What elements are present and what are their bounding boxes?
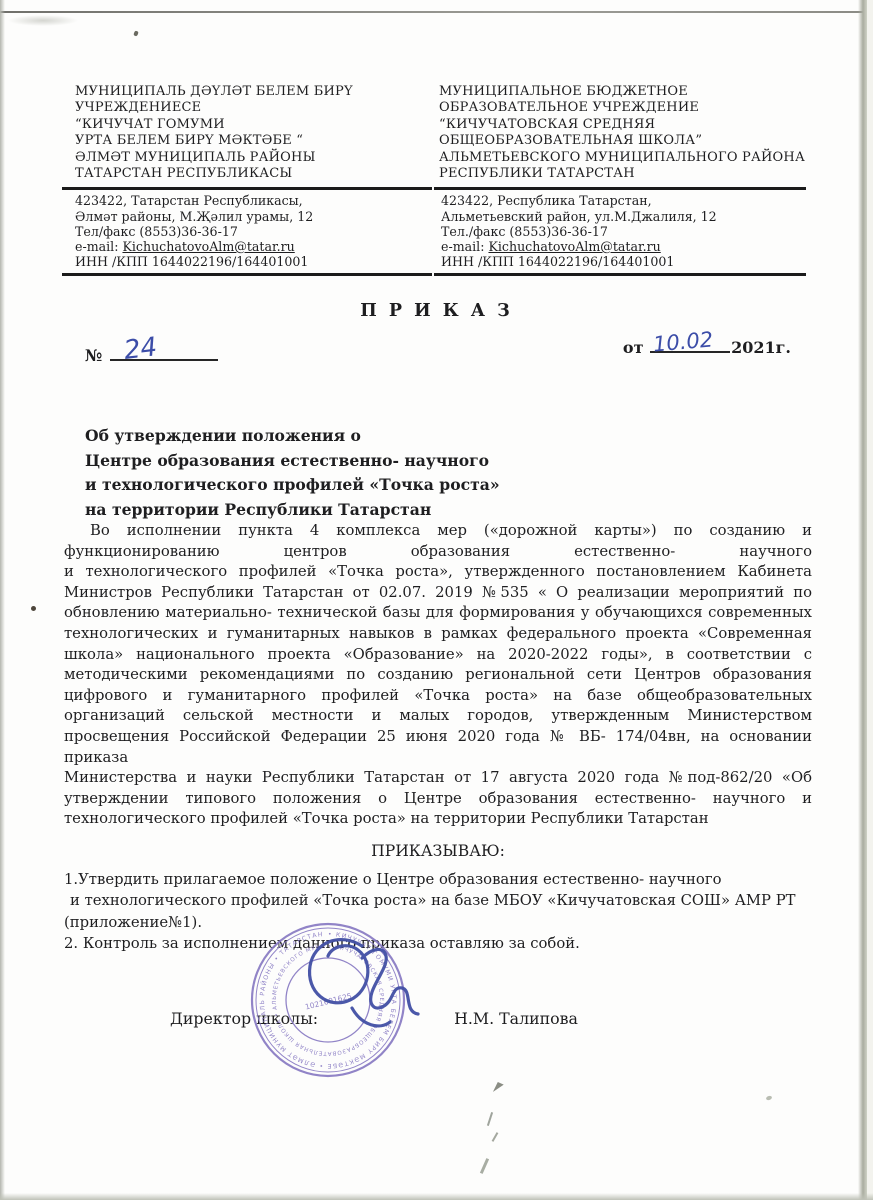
address-tatar: 423422, Татарстан Республикасы, Әлмәт ра… bbox=[62, 193, 432, 269]
org-line: АЛЬМЕТЬЕВСКОГО МУНИЦИПАЛЬНОГО РАЙОНА bbox=[439, 150, 806, 166]
org-line: МУНИЦИПАЛЬНОЕ БЮДЖЕТНОЕ bbox=[439, 84, 806, 100]
body-line: обновлению материально- технической базы… bbox=[64, 603, 812, 624]
address-line: 423422, Республика Татарстан, bbox=[441, 193, 806, 208]
letterhead-tatar-column: МУНИЦИПАЛЬ ДӘҮЛӘТ БЕЛЕМ БИРҮ УЧРЕЖДЕНИЕС… bbox=[62, 84, 432, 276]
org-line: ОБЩЕОБРАЗОВАТЕЛЬНАЯ ШКОЛА” bbox=[439, 133, 806, 149]
body-line: школа» национального проекта «Образовани… bbox=[64, 645, 812, 666]
body-line: технологического профилей «Точка роста» … bbox=[64, 809, 812, 830]
inn-line: ИНН /КПП 1644022196/164401001 bbox=[75, 254, 432, 269]
subject-line: Об утверждении положения о bbox=[85, 424, 605, 449]
address-line: Әлмәт районы, М.Җәлил урамы, 12 bbox=[75, 209, 432, 224]
email-label: e-mail: bbox=[441, 239, 488, 254]
address-line: Альметьевский район, ул.М.Джалиля, 12 bbox=[441, 209, 806, 224]
body-line: Во исполнении пункта 4 комплекса мер («д… bbox=[64, 521, 812, 542]
subject-line: Центре образования естественно- научного bbox=[85, 449, 605, 474]
scan-edge-bottom bbox=[0, 1193, 873, 1200]
address-line: Тел/факс (8553)36-36-17 bbox=[75, 224, 432, 239]
body-line: Министерства и науки Республики Татарста… bbox=[64, 768, 812, 789]
order-subject: Об утверждении положения о Центре образо… bbox=[85, 424, 605, 522]
order-date-handwritten-value: 10.02 bbox=[652, 327, 714, 356]
email-address: KichuchatovoAlm@tatar.ru bbox=[122, 239, 294, 254]
order-title: П Р И К А З bbox=[0, 301, 873, 321]
subject-line: и технологического профилей «Точка роста… bbox=[85, 473, 605, 498]
scan-artifact bbox=[480, 1158, 489, 1174]
org-name-russian: МУНИЦИПАЛЬНОЕ БЮДЖЕТНОЕ ОБРАЗОВАТЕЛЬНОЕ … bbox=[434, 84, 806, 182]
scan-artifact bbox=[492, 1132, 499, 1142]
address-line: 423422, Татарстан Республикасы, bbox=[75, 193, 432, 208]
org-line: ОБРАЗОВАТЕЛЬНОЕ УЧРЕЖДЕНИЕ bbox=[439, 100, 806, 116]
inn-line: ИНН /КПП 1644022196/164401001 bbox=[441, 254, 806, 269]
signature-name: Н.М. Талипова bbox=[454, 1009, 578, 1028]
body-line: просвещения Российской Федерации 25 июня… bbox=[64, 727, 812, 768]
order-date-label: от bbox=[623, 338, 644, 357]
body-line: технологических и гуманитарных навыков в… bbox=[64, 624, 812, 645]
body-line: и технологического профилей «Точка роста… bbox=[64, 562, 812, 583]
body-line: методическими рекомендациями по созданию… bbox=[64, 665, 812, 686]
scan-artifact bbox=[487, 1112, 493, 1126]
letterhead: МУНИЦИПАЛЬ ДӘҮЛӘТ БЕЛЕМ БИРҮ УЧРЕЖДЕНИЕС… bbox=[62, 84, 806, 276]
scan-edge-rightmost bbox=[867, 0, 873, 1200]
email-label: e-mail: bbox=[75, 239, 122, 254]
org-line: УЧРЕЖДЕНИЕСЕ bbox=[75, 100, 432, 116]
org-line: ӘЛМӘТ МУНИЦИПАЛЬ РАЙОНЫ bbox=[75, 150, 432, 166]
org-line: РЕСПУБЛИКИ ТАТАРСТАН bbox=[439, 166, 806, 182]
director-signature-scrawl bbox=[292, 928, 442, 1058]
org-line: ТАТАРСТАН РЕСПУБЛИКАСЫ bbox=[75, 166, 432, 182]
order-date-year: 2021г. bbox=[731, 338, 791, 357]
scanned-order-document: МУНИЦИПАЛЬ ДӘҮЛӘТ БЕЛЕМ БИРҮ УЧРЕЖДЕНИЕС… bbox=[0, 0, 873, 1200]
body-line: функционированию центров образования ест… bbox=[64, 542, 812, 563]
body-line: Министров Республики Татарстан от 02.07.… bbox=[64, 583, 812, 604]
org-line: УРТА БЕЛЕМ БИРҮ МӘКТӘБЕ “ bbox=[75, 133, 432, 149]
scan-edge-left bbox=[0, 0, 5, 1200]
scan-artifact bbox=[491, 1081, 504, 1092]
org-line: “КИЧУЧАТОВСКАЯ СРЕДНЯЯ bbox=[439, 117, 806, 133]
order-number-date-row: №24 от 10.022021г. bbox=[85, 334, 791, 380]
order-number-blank-line: 24 bbox=[110, 344, 218, 361]
subject-line: на территории Республики Татарстан bbox=[85, 498, 605, 523]
letterhead-russian-column: МУНИЦИПАЛЬНОЕ БЮДЖЕТНОЕ ОБРАЗОВАТЕЛЬНОЕ … bbox=[434, 84, 806, 276]
address-russian: 423422, Республика Татарстан, Альметьевс… bbox=[434, 193, 806, 269]
resolution-line: и технологического профилей «Точка роста… bbox=[64, 890, 812, 912]
address-line: Тел./факс (8553)36-36-17 bbox=[441, 224, 806, 239]
resolution-line: 1.Утвердить прилагаемое положение о Цент… bbox=[64, 869, 812, 891]
org-line: МУНИЦИПАЛЬ ДӘҮЛӘТ БЕЛЕМ БИРҮ bbox=[75, 84, 432, 100]
order-number-label: № bbox=[85, 346, 102, 365]
order-number-handwritten-value: 24 bbox=[123, 332, 160, 366]
resolution-heading: ПРИКАЗЫВАЮ: bbox=[64, 840, 812, 862]
scan-edge-right bbox=[858, 0, 867, 1200]
scan-artifact bbox=[8, 15, 78, 26]
horizontal-rule bbox=[62, 273, 432, 276]
body-line: организаций сельской местности и малых г… bbox=[64, 706, 812, 727]
order-date-field: от 10.022021г. bbox=[623, 336, 791, 357]
scan-artifact bbox=[765, 1095, 772, 1101]
horizontal-rule bbox=[62, 187, 432, 190]
scan-edge-top bbox=[0, 11, 873, 13]
horizontal-rule bbox=[434, 187, 806, 190]
email-line: e-mail: KichuchatovoAlm@tatar.ru bbox=[75, 239, 432, 254]
email-address: KichuchatovoAlm@tatar.ru bbox=[488, 239, 660, 254]
body-line: цифрового и гуманитарного профилей «Точк… bbox=[64, 686, 812, 707]
email-line: e-mail: KichuchatovoAlm@tatar.ru bbox=[441, 239, 806, 254]
body-line: утверждении типового положения о Центре … bbox=[64, 789, 812, 810]
scan-artifact bbox=[133, 30, 138, 36]
order-date-blank-line: 10.02 bbox=[650, 336, 730, 353]
order-number-field: №24 bbox=[85, 344, 218, 365]
org-name-tatar: МУНИЦИПАЛЬ ДӘҮЛӘТ БЕЛЕМ БИРҮ УЧРЕЖДЕНИЕС… bbox=[62, 84, 432, 182]
org-line: “КИЧУЧАТ ГОМУМИ bbox=[75, 117, 432, 133]
scan-artifact bbox=[31, 606, 36, 611]
horizontal-rule bbox=[434, 273, 806, 276]
